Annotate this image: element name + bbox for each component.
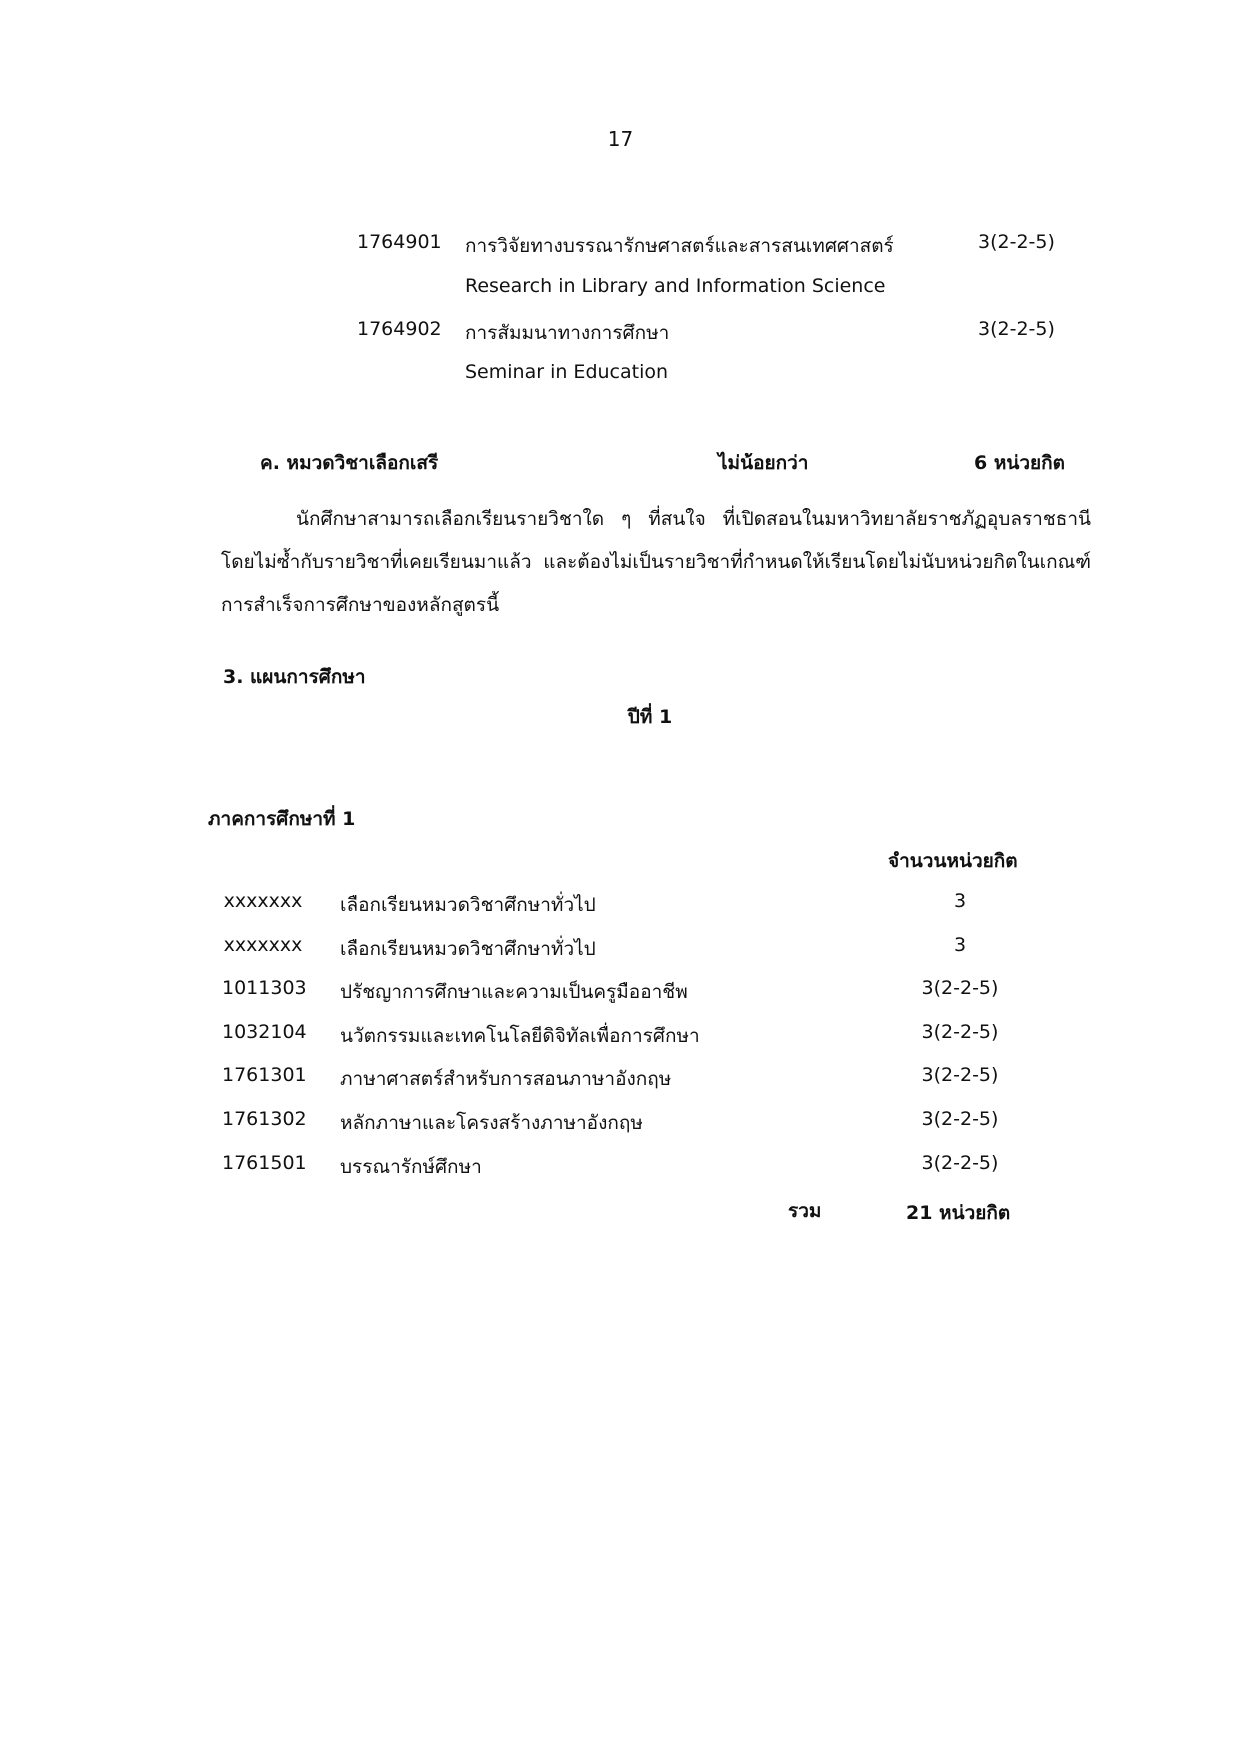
credits-column-header: จำนวนหน่วยกิต (888, 846, 1018, 876)
course-name: บรรณารักษ์ศึกษา (340, 1152, 482, 1182)
course-name: ภาษาศาสตร์สำหรับการสอนภาษาอังกฤษ (340, 1064, 671, 1094)
course-name-en: Seminar in Education (465, 361, 668, 383)
free-elective-paragraph: นักศึกษาสามารถเลือกเรียนรายวิชาใด ๆ ที่ส… (221, 498, 1091, 627)
course-code: xxxxxxx (222, 890, 304, 912)
free-elective-min-label: ไม่น้อยกว่า (718, 448, 808, 478)
course-code: xxxxxxx (222, 934, 304, 956)
course-code: 1764901 (357, 231, 442, 253)
semester-heading: ภาคการศึกษาที่ 1 (208, 804, 355, 834)
course-code: 1032104 (222, 1021, 304, 1043)
course-code: 1761302 (222, 1108, 304, 1130)
course-code: 1011303 (222, 977, 304, 999)
total-label: รวม (788, 1196, 821, 1226)
course-name-en: Research in Library and Information Scie… (465, 275, 886, 297)
course-code: 1764902 (357, 318, 442, 340)
course-code: 1761501 (222, 1152, 304, 1174)
course-name: นวัตกรรมและเทคโนโลยีดิจิทัลเพื่อการศึกษา (340, 1021, 700, 1051)
free-elective-credits: 6 หน่วยกิต (974, 448, 1065, 478)
course-name-th: การสัมมนาทางการศึกษา (465, 318, 669, 348)
course-name: ปรัชญาการศึกษาและความเป็นครูมืออาชีพ (340, 977, 688, 1007)
course-name: เลือกเรียนหมวดวิชาศึกษาทั่วไป (340, 934, 596, 964)
study-plan-heading: 3. แผนการศึกษา (223, 662, 366, 692)
course-credits: 3(2-2-5) (978, 318, 1055, 340)
course-name-th: การวิจัยทางบรรณารักษศาสตร์และสารสนเทศศาส… (465, 231, 894, 261)
course-credits: 3 (900, 890, 1020, 912)
course-credits: 3(2-2-5) (900, 1064, 1020, 1086)
course-credits: 3(2-2-5) (900, 1108, 1020, 1130)
course-credits: 3(2-2-5) (900, 1152, 1020, 1174)
course-credits: 3(2-2-5) (900, 1021, 1020, 1043)
page-number: 17 (0, 127, 1241, 151)
course-code: 1761301 (222, 1064, 304, 1086)
paragraph-text: นักศึกษาสามารถเลือกเรียนรายวิชาใด ๆ ที่ส… (221, 508, 1091, 616)
total-credits: 21 หน่วยกิต (906, 1198, 1010, 1228)
free-elective-heading: ค. หมวดวิชาเลือกเสรี (260, 448, 438, 478)
year-heading: ปีที่ 1 (0, 702, 1241, 732)
course-credits: 3(2-2-5) (900, 977, 1020, 999)
course-credits: 3(2-2-5) (978, 231, 1055, 253)
course-name: หลักภาษาและโครงสร้างภาษาอังกฤษ (340, 1108, 643, 1138)
course-name: เลือกเรียนหมวดวิชาศึกษาทั่วไป (340, 890, 596, 920)
course-credits: 3 (900, 934, 1020, 956)
